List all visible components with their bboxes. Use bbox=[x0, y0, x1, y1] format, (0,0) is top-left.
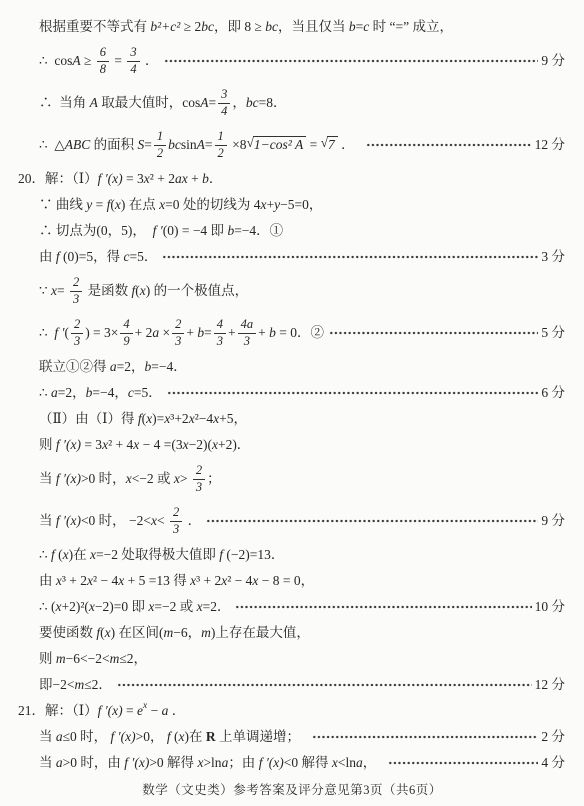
text-run: ) 的一个极值点， bbox=[146, 283, 248, 300]
math-run: a bbox=[110, 359, 117, 376]
fraction-numerator: 1 bbox=[215, 130, 227, 145]
text-run: +5， bbox=[219, 411, 247, 428]
text-run: >0 解得 bbox=[149, 755, 197, 772]
math-line: 21．解：（Ⅰ）f ′(x) = ex − a ． bbox=[18, 698, 565, 724]
math-run: m bbox=[74, 677, 84, 694]
math-run: f ′(x) bbox=[56, 437, 81, 454]
text-run: = bbox=[306, 137, 320, 154]
text-run: = bbox=[205, 137, 213, 154]
text-run: ∴ cos bbox=[39, 53, 72, 70]
text-run: =2， bbox=[58, 385, 86, 402]
fraction-denominator: 3 bbox=[241, 334, 253, 348]
text-run: 即−2< bbox=[39, 677, 74, 694]
text-run: + bbox=[228, 325, 236, 342]
math-line: 当 f ′(x)<0 时， −2<x< 23 ．9 分 bbox=[39, 500, 565, 542]
math-run: f ′(x) bbox=[98, 171, 123, 188]
fraction-denominator: 3 bbox=[71, 334, 83, 348]
math-line: ∴ △ABC 的面积 S=12bcsinA=12 ×8√1−cos² A = √… bbox=[39, 124, 565, 166]
dotted-leader bbox=[312, 730, 539, 744]
text-run: 由 bbox=[39, 573, 56, 590]
text-run: > bbox=[180, 471, 191, 488]
text-run: ，即 8 ≥ bbox=[214, 19, 265, 36]
text-run: ；由 bbox=[228, 755, 258, 772]
text-run: >0， bbox=[136, 729, 167, 746]
text-run: ²−4 bbox=[195, 411, 213, 428]
math-line: 根据重要不等式有 b²+c² ≥ 2bc，即 8 ≥ bc，当且仅当 b=c 时… bbox=[39, 14, 565, 40]
text-run: ≥ bbox=[81, 53, 95, 70]
text-run: =−2 处取得极大值即 bbox=[96, 547, 219, 564]
math-run: b bbox=[197, 325, 204, 342]
fraction-numerator: 2 bbox=[172, 318, 184, 333]
fraction-denominator: 4 bbox=[218, 104, 230, 118]
math-run: a bbox=[356, 755, 363, 772]
text-run: − 4 =(3 bbox=[139, 437, 182, 454]
math-line: 由 f (0)=5，得 c=5．3 分 bbox=[39, 244, 565, 270]
math-run: m bbox=[56, 651, 66, 668]
math-run: f ′ bbox=[54, 325, 64, 342]
text-run: =0 处的切线为 4 bbox=[165, 197, 260, 214]
text-run: =8． bbox=[259, 95, 287, 112]
fraction-denominator: 2 bbox=[215, 146, 227, 160]
math-run: bc bbox=[246, 95, 259, 112]
text-run: =−4． bbox=[151, 359, 186, 376]
text-run: +2)²( bbox=[61, 599, 88, 616]
text-run: −5=0， bbox=[280, 197, 322, 214]
text-run: >0 时， bbox=[81, 471, 126, 488]
fraction-denominator: 3 bbox=[70, 292, 82, 306]
text-run: 的面积 bbox=[90, 137, 137, 154]
math-run: b bbox=[202, 171, 209, 188]
fraction: 34 bbox=[127, 46, 139, 75]
math-run: bc bbox=[265, 19, 278, 36]
fraction-numerator: 2 bbox=[70, 276, 82, 291]
math-run: a bbox=[56, 755, 63, 772]
fraction: 12 bbox=[154, 130, 166, 159]
text-run: ³ + 2 bbox=[62, 573, 87, 590]
fraction-numerator: 2 bbox=[193, 464, 205, 479]
fraction: 68 bbox=[97, 46, 109, 75]
text-run: ∴ ( bbox=[39, 599, 55, 616]
fraction-numerator: 3 bbox=[218, 88, 230, 103]
math-line: 20．解：（Ⅰ）f ′(x) = 3x² + 2ax + b． bbox=[18, 166, 565, 192]
text-run: 则 bbox=[39, 651, 56, 668]
fraction: 43 bbox=[214, 318, 226, 347]
math-line: ∴ f ′(23) = 3×49+ 2a ×23+ b=43+4a3+ b = … bbox=[39, 312, 565, 354]
text-run: 当 bbox=[39, 755, 56, 772]
math-run: A bbox=[197, 137, 205, 154]
fraction-numerator: 3 bbox=[127, 46, 139, 61]
text-run: −2)( bbox=[189, 437, 212, 454]
text-run: + bbox=[258, 325, 269, 342]
answer-sheet-page: 根据重要不等式有 b²+c² ≥ 2bc，即 8 ≥ bc，当且仅当 b=c 时… bbox=[0, 0, 584, 806]
text-run: + 2 bbox=[135, 325, 153, 342]
math-line: ∴ a=2，b=−4，c=5．6 分 bbox=[39, 380, 565, 406]
fraction-numerator: 1 bbox=[154, 130, 166, 145]
math-line: 当 a>0 时，由 f ′(x)>0 解得 x>lna；由 f ′(x)<0 解… bbox=[39, 750, 565, 776]
text-run: = 3 bbox=[123, 171, 144, 188]
math-line: ∴ cosA ≥ 68 = 34 ．9 分 bbox=[39, 40, 565, 82]
score-label: 5 分 bbox=[541, 325, 565, 342]
text-run: (0) = −4 即 bbox=[163, 223, 228, 240]
text-run: =−4， bbox=[92, 385, 127, 402]
text-run: 当 bbox=[39, 513, 56, 530]
text-run: =−2 或 bbox=[154, 599, 196, 616]
text-run: = bbox=[356, 19, 364, 36]
dotted-leader bbox=[329, 326, 538, 340]
text-run: = bbox=[144, 137, 152, 154]
text-run: <ln bbox=[338, 755, 356, 772]
text-run: ³+2 bbox=[170, 411, 188, 428]
fraction: 12 bbox=[215, 130, 227, 159]
text-run: ² + 4 bbox=[108, 437, 133, 454]
math-run: S bbox=[137, 137, 144, 154]
math-line: 联立①②得 a=2，b=−4． bbox=[39, 354, 565, 380]
fraction-numerator: 4a bbox=[238, 318, 257, 333]
text-run: )在 bbox=[185, 729, 206, 746]
math-line: 当 a≤0 时， f ′(x)>0， f (x)在 R 上单调递增； 2 分 bbox=[39, 724, 565, 750]
math-run: b bbox=[86, 385, 93, 402]
math-line: 要使函数 f(x) 在区间(m−6，m)上存在最大值， bbox=[39, 620, 565, 646]
text-run: = bbox=[57, 283, 68, 300]
text-run: ) = 3× bbox=[85, 325, 118, 342]
math-run: f ′(x) bbox=[56, 513, 81, 530]
fraction-denominator: 3 bbox=[172, 334, 184, 348]
math-run: bc bbox=[201, 19, 214, 36]
text-run: = bbox=[123, 703, 137, 720]
fraction-denominator: 3 bbox=[214, 334, 226, 348]
text-run: sin bbox=[181, 137, 197, 154]
text-run: <−2 或 bbox=[132, 471, 174, 488]
text-run: −2)=0 即 bbox=[95, 599, 148, 616]
text-run: ． bbox=[168, 703, 185, 720]
radicand: 7 bbox=[327, 136, 338, 153]
math-line: （Ⅱ）由（Ⅰ）得 f(x)=x³+2x²−4x+5， bbox=[39, 406, 565, 432]
text-run: <0 时， −2< bbox=[81, 513, 151, 530]
math-line: ∴ 当角 A 取最大值时，cosA=34，bc=8． bbox=[39, 82, 565, 124]
dotted-leader bbox=[235, 600, 531, 614]
text-run: 要使函数 bbox=[39, 625, 96, 642]
math-run: a bbox=[56, 729, 63, 746]
text-run: 联立①②得 bbox=[39, 359, 110, 376]
math-line: ∵ 曲线 y = f(x) 在点 x=0 处的切线为 4x+y−5=0， bbox=[39, 192, 565, 218]
math-run: b bbox=[269, 325, 276, 342]
text-run: >0 时，由 bbox=[63, 755, 125, 772]
math-run: a bbox=[222, 755, 229, 772]
text-run: =−4．① bbox=[234, 223, 283, 240]
math-run: bc bbox=[168, 137, 181, 154]
math-line: 当 f ′(x)>0 时，x<−2 或 x> 23； bbox=[39, 458, 565, 500]
dotted-leader bbox=[117, 678, 532, 692]
text-run: + 5 =13 得 bbox=[124, 573, 190, 590]
math-run: f bbox=[51, 547, 58, 564]
math-run: m bbox=[201, 625, 211, 642]
fraction: 34 bbox=[218, 88, 230, 117]
text-run: =5． bbox=[130, 249, 158, 266]
fraction: 4a3 bbox=[238, 318, 257, 347]
text-run: >ln bbox=[203, 755, 221, 772]
square-root: √1−cos² A bbox=[247, 136, 307, 153]
text-run: <0 解得 bbox=[284, 755, 332, 772]
text-run: =5． bbox=[134, 385, 162, 402]
text-run: ( bbox=[64, 325, 69, 342]
text-run: ² − 4 bbox=[93, 573, 118, 590]
text-run: +2)． bbox=[218, 437, 250, 454]
math-line: 则 f ′(x) = 3x² + 4x − 4 =(3x−2)(x+2)． bbox=[39, 432, 565, 458]
dotted-leader bbox=[366, 138, 531, 152]
text-run: −6<−2< bbox=[66, 651, 110, 668]
dotted-leader bbox=[206, 514, 538, 528]
text-run: ∴ 切点为(0，5)， bbox=[39, 223, 153, 240]
text-run: ² + 2 bbox=[150, 171, 175, 188]
text-run: ≤2． bbox=[84, 677, 112, 694]
fraction-numerator: 6 bbox=[97, 46, 109, 61]
text-run: ∴ 当角 bbox=[39, 95, 90, 112]
text-run: 由 bbox=[39, 249, 56, 266]
fraction-denominator: 9 bbox=[120, 334, 132, 348]
text-run: ∴ bbox=[39, 385, 51, 402]
math-run: b bbox=[145, 359, 152, 376]
math-line: 由 x³ + 2x² − 4x + 5 =13 得 x³ + 2x² − 4x … bbox=[39, 568, 565, 594]
fraction-denominator: 3 bbox=[170, 522, 182, 536]
text-run: (−2)=13． bbox=[226, 547, 284, 564]
text-run: 根据重要不等式有 bbox=[39, 19, 150, 36]
text-run: ，当且仅当 bbox=[278, 19, 349, 36]
math-run: ax bbox=[175, 171, 188, 188]
math-run: A bbox=[72, 53, 80, 70]
text-run: 则 bbox=[39, 437, 56, 454]
math-run: A bbox=[90, 95, 98, 112]
dotted-leader bbox=[167, 386, 539, 400]
text-run: ． bbox=[209, 171, 223, 188]
dotted-leader bbox=[164, 54, 539, 68]
text-run: = bbox=[209, 95, 217, 112]
text-run: ∴ △ bbox=[39, 137, 65, 154]
math-line: 即−2<m≤2．12 分 bbox=[39, 672, 565, 698]
text-run: = 0．② bbox=[276, 325, 324, 342]
fraction: 23 bbox=[71, 318, 83, 347]
text-run: R bbox=[206, 729, 216, 746]
text-run: （Ⅱ）由（Ⅰ）得 bbox=[39, 411, 138, 428]
text-run: + bbox=[186, 325, 197, 342]
text-run: × bbox=[159, 325, 170, 342]
math-run: f ′(x) bbox=[98, 703, 123, 720]
score-label: 4 分 bbox=[541, 755, 565, 772]
dotted-leader bbox=[388, 756, 538, 770]
text-run: ． bbox=[184, 513, 201, 530]
text-run: ； bbox=[207, 471, 221, 488]
text-run: ≥ 2 bbox=[180, 19, 201, 36]
text-run: 20．解：（Ⅰ） bbox=[18, 171, 98, 188]
score-label: 2 分 bbox=[541, 729, 565, 746]
text-run: ³ + 2 bbox=[196, 573, 221, 590]
math-line: ∵ x= 23 是函数 f(x) 的一个极值点， bbox=[39, 270, 565, 312]
fraction-denominator: 4 bbox=[127, 62, 139, 76]
math-run: f bbox=[167, 729, 174, 746]
page-footer: 数学（文史类）参考答案及评分意见第3页（共6页） bbox=[0, 780, 584, 798]
text-run: 取最大值时，cos bbox=[98, 95, 200, 112]
math-line: ∴ (x+2)²(x−2)=0 即 x=−2 或 x=2．10 分 bbox=[39, 594, 565, 620]
score-label: 3 分 bbox=[541, 249, 565, 266]
text-run: ² − 4 bbox=[227, 573, 252, 590]
math-run: b²+c² bbox=[150, 19, 180, 36]
text-run: ×8 bbox=[229, 137, 247, 154]
fraction-denominator: 2 bbox=[154, 146, 166, 160]
math-run: a bbox=[51, 385, 58, 402]
math-line: ∴ f (x)在 x=−2 处取得极大值即 f (−2)=13． bbox=[39, 542, 565, 568]
text-run: − bbox=[147, 703, 161, 720]
text-run: ≤0 时， bbox=[63, 729, 111, 746]
text-run: ． bbox=[142, 53, 159, 70]
fraction-numerator: 2 bbox=[71, 318, 83, 333]
text-run: = bbox=[204, 325, 212, 342]
text-run: )在 bbox=[69, 547, 90, 564]
text-run: −6， bbox=[173, 625, 201, 642]
score-label: 9 分 bbox=[541, 53, 565, 70]
math-run: f ′(x) bbox=[124, 755, 149, 772]
score-label: 10 分 bbox=[535, 599, 565, 616]
math-run: f ′(x) bbox=[56, 471, 81, 488]
math-run: m bbox=[164, 625, 174, 642]
score-label: 9 分 bbox=[541, 513, 565, 530]
score-label: 12 分 bbox=[535, 677, 565, 694]
math-run: f bbox=[219, 547, 226, 564]
math-run: A bbox=[200, 95, 208, 112]
solution-lines: 根据重要不等式有 b²+c² ≥ 2bc，即 8 ≥ bc，当且仅当 b=c 时… bbox=[18, 14, 565, 776]
text-run: ． bbox=[338, 137, 362, 154]
text-run: ≤2， bbox=[119, 651, 147, 668]
text-run: ， bbox=[232, 95, 246, 112]
text-run: + bbox=[267, 197, 275, 214]
text-run: ∴ bbox=[39, 547, 51, 564]
text-run: 21．解：（Ⅰ） bbox=[18, 703, 98, 720]
text-run: < bbox=[157, 513, 168, 530]
radicand: 1−cos² A bbox=[253, 136, 306, 153]
text-run: = bbox=[92, 197, 106, 214]
math-run: b bbox=[349, 19, 356, 36]
text-run: 上单调递增； bbox=[216, 729, 307, 746]
text-run: =2， bbox=[117, 359, 145, 376]
text-run: ) 在区间( bbox=[111, 625, 164, 642]
fraction: 23 bbox=[170, 506, 182, 535]
dotted-leader bbox=[162, 250, 538, 264]
text-run: 当 bbox=[39, 729, 56, 746]
text-run: (0)=5，得 bbox=[60, 249, 124, 266]
text-run: + bbox=[188, 171, 202, 188]
math-run: ABC bbox=[65, 137, 91, 154]
math-run: a bbox=[152, 325, 159, 342]
score-label: 6 分 bbox=[541, 385, 565, 402]
fraction: 49 bbox=[120, 318, 132, 347]
text-run: 时 “=” 成立， bbox=[369, 19, 453, 36]
math-run: f ′(x) bbox=[111, 729, 136, 746]
fraction: 23 bbox=[172, 318, 184, 347]
square-root: √7 bbox=[321, 136, 338, 153]
fraction-numerator: 4 bbox=[214, 318, 226, 333]
fraction-denominator: 3 bbox=[193, 480, 205, 494]
text-run: 是函数 bbox=[84, 283, 131, 300]
text-run: − 8 = 0， bbox=[258, 573, 314, 590]
text-run: ∴ bbox=[39, 325, 54, 342]
text-run: = bbox=[111, 53, 125, 70]
text-run: ∵ 曲线 bbox=[39, 197, 86, 214]
text-run: )上存在最大值， bbox=[211, 625, 310, 642]
text-run: x bbox=[143, 701, 147, 713]
math-run: b bbox=[227, 223, 234, 240]
score-label: 12 分 bbox=[535, 137, 565, 154]
text-run: )= bbox=[152, 411, 164, 428]
math-run: f ′(x) bbox=[259, 755, 284, 772]
math-run: f ′ bbox=[153, 223, 163, 240]
fraction-numerator: 4 bbox=[120, 318, 132, 333]
fraction-numerator: 2 bbox=[170, 506, 182, 521]
fraction: 23 bbox=[70, 276, 82, 305]
math-line: ∴ 切点为(0，5)， f ′(0) = −4 即 b=−4．① bbox=[39, 218, 565, 244]
text-run: ， bbox=[363, 755, 383, 772]
text-run: ) 在点 bbox=[121, 197, 159, 214]
math-run: a bbox=[162, 703, 169, 720]
fraction-denominator: 8 bbox=[97, 62, 109, 76]
text-run: = 3 bbox=[81, 437, 102, 454]
text-run: =2． bbox=[203, 599, 231, 616]
fraction: 23 bbox=[193, 464, 205, 493]
text-run: ∵ bbox=[39, 283, 51, 300]
text-run: 当 bbox=[39, 471, 56, 488]
math-line: 则 m−6<−2<m≤2， bbox=[39, 646, 565, 672]
math-run: m bbox=[110, 651, 120, 668]
